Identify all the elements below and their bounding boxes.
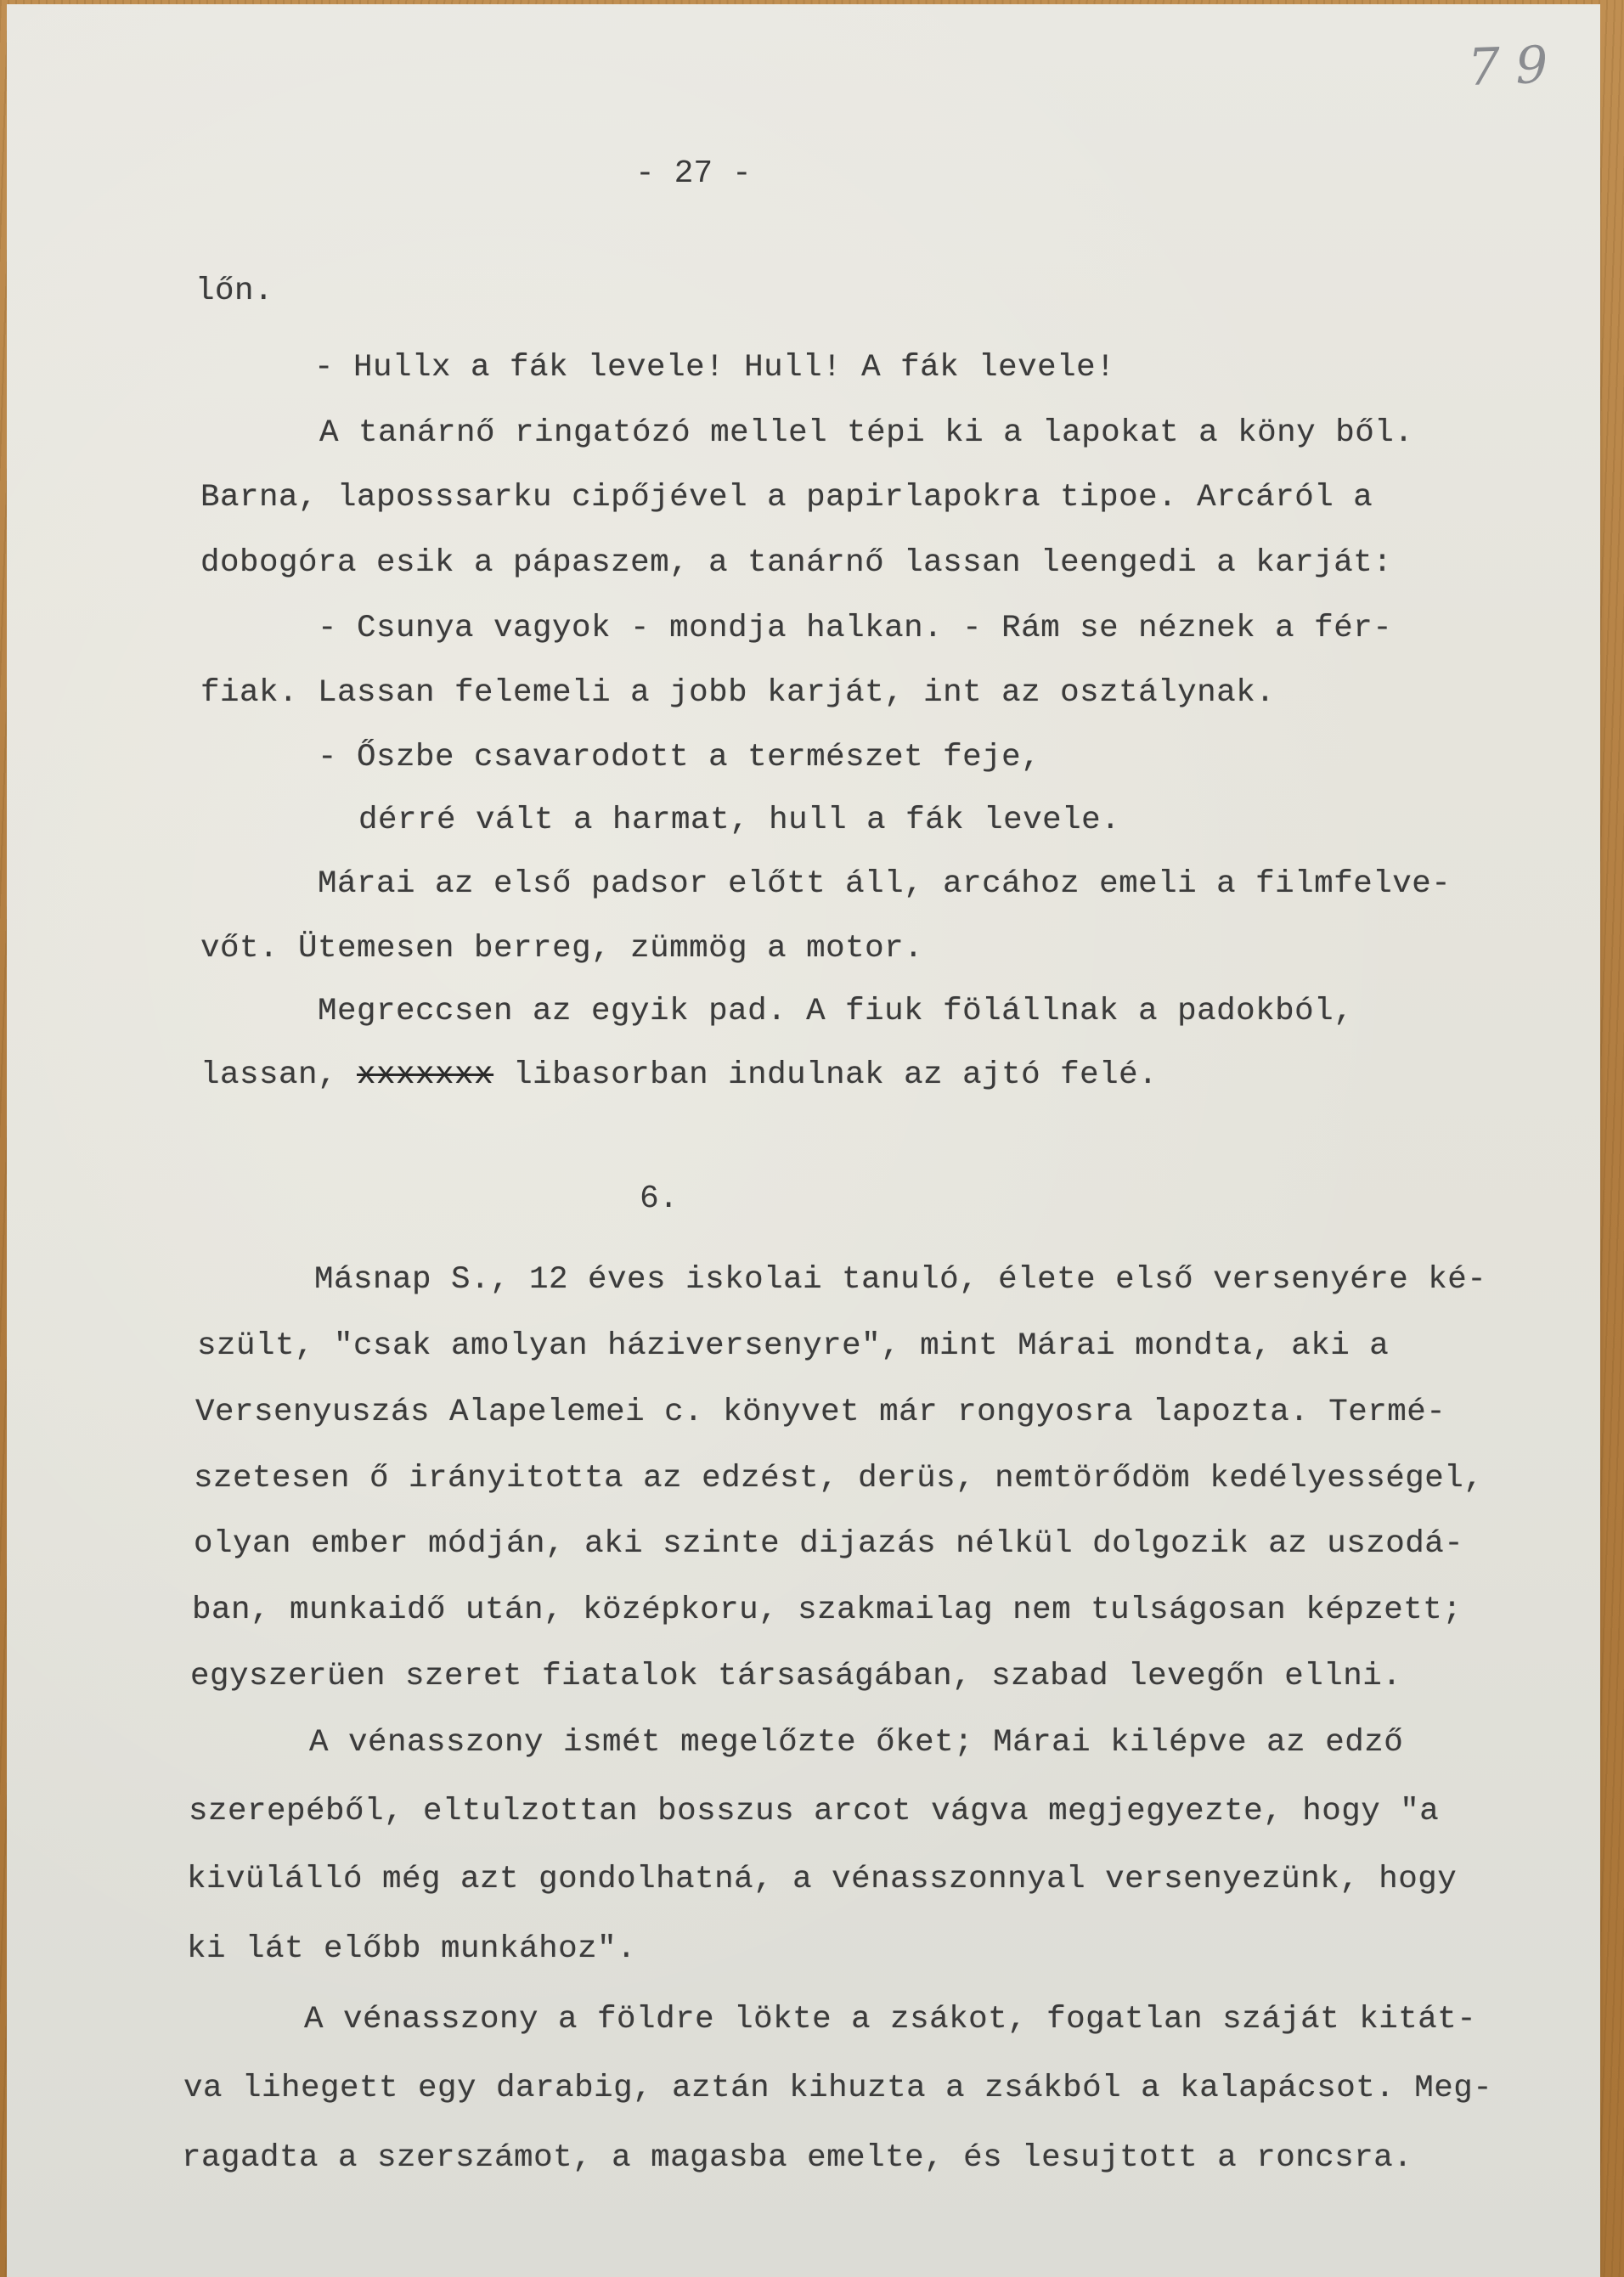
- text-line: A vénasszony a földre lökte a zsákot, fo…: [304, 2004, 1476, 2037]
- text-line: fiak. Lassan felemeli a jobb karját, int…: [200, 678, 1275, 710]
- text-line: lassan, xxxxxxx libasorban indulnak az a…: [200, 1060, 1158, 1092]
- text-fragment: lassan,: [200, 1057, 357, 1093]
- text-line: Megreccsen az egyik pad. A fiuk fölállna…: [318, 996, 1353, 1029]
- verse-line: dérré vált a harmat, hull a fák levele.: [358, 805, 1120, 837]
- text-line: egyszerüen szeret fiatalok társaságában,…: [190, 1661, 1401, 1694]
- text-line: - Csunya vagyok - mondja halkan. - Rám s…: [318, 613, 1392, 645]
- text-line: ragadta a szerszámot, a magasba emelte, …: [182, 2143, 1413, 2175]
- text-line: szetesen ő irányitotta az edzést, derüs,…: [194, 1463, 1483, 1496]
- text-line: - Őszbe csavarodott a természet feje,: [318, 742, 1040, 775]
- text-line: Versenyuszás Alapelemei c. könyvet már r…: [195, 1397, 1446, 1429]
- section-number: 6.: [640, 1181, 679, 1217]
- text-line: kivülálló még azt gondolhatná, a vénassz…: [187, 1864, 1457, 1897]
- text-line: A vénasszony ismét megelőzte őket; Márai…: [309, 1727, 1403, 1760]
- text-line: dobogóra esik a pápaszem, a tanárnő lass…: [200, 548, 1392, 580]
- text-line: szült, "csak amolyan háziversenyre", min…: [197, 1331, 1389, 1363]
- text-line: ban, munkaidő után, középkoru, szakmaila…: [192, 1595, 1462, 1627]
- text-fragment: libasorban indulnak az ajtó felé.: [493, 1057, 1158, 1093]
- text-line: ki lát előbb munkához".: [187, 1934, 636, 1966]
- text-line: lőn.: [195, 276, 273, 308]
- text-line: vőt. Ütemesen berreg, zümmög a motor.: [200, 933, 923, 966]
- text-line: szerepéből, eltulzottan bosszus arcot vá…: [189, 1796, 1439, 1829]
- text-line: A tanárnő ringatózó mellel tépi ki a lap…: [319, 418, 1413, 450]
- text-line: Másnap S., 12 éves iskolai tanuló, élete…: [314, 1265, 1486, 1297]
- text-line: olyan ember módján, aki szinte dijazás n…: [194, 1529, 1463, 1561]
- text-line: Barna, laposssarku cipőjével a papirlapo…: [200, 482, 1373, 515]
- text-line: Márai az első padsor előtt áll, arcához …: [318, 869, 1451, 901]
- text-line: - Hullx a fák levele! Hull! A fák levele…: [314, 352, 1115, 385]
- typewritten-page: 79 - 27 - lőn. - Hullx a fák levele! Hul…: [7, 4, 1600, 2277]
- text-line: va lihegett egy darabig, aztán kihuzta a…: [183, 2073, 1492, 2105]
- page-number: - 27 -: [635, 155, 752, 192]
- struck-out-text: xxxxxxx: [357, 1057, 493, 1093]
- handwritten-folio-number: 79: [1467, 35, 1565, 98]
